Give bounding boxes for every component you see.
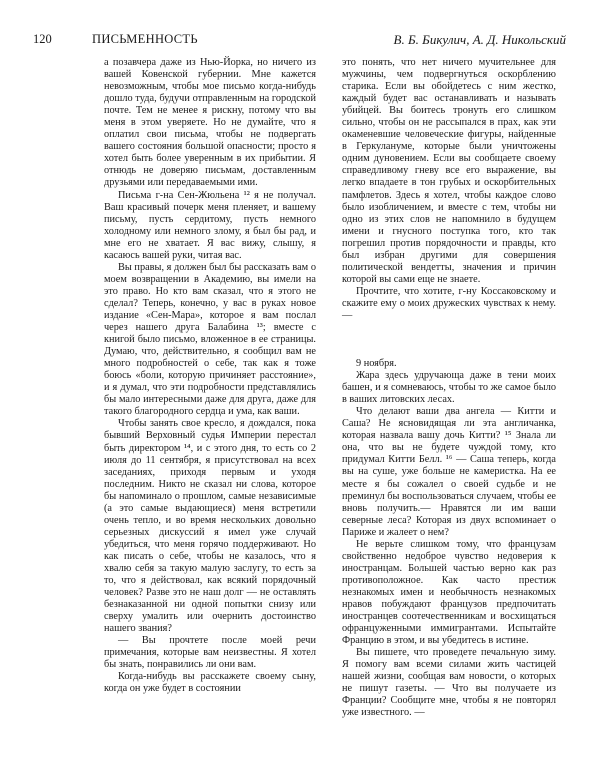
date-heading: 9 ноября.: [342, 358, 556, 370]
right-column: это понять, что нет ничего мучительнее д…: [342, 57, 556, 719]
paragraph: Не верьте слишком тому, что французам св…: [342, 539, 556, 647]
running-header: 120 ПИСЬМЕННОСТЬ В. Б. Бикулич, А. Д. Ни…: [0, 24, 600, 44]
paragraph: Жара здесь удручающа даже в тени моих ба…: [342, 370, 556, 406]
paragraph: Чтобы занять свое кресло, я дождался, по…: [104, 418, 316, 635]
authors: В. Б. Бикулич, А. Д. Никольский: [394, 32, 566, 48]
paragraph: а позавчера даже из Нью-Йорка, но ничего…: [104, 57, 316, 190]
left-column: а позавчера даже из Нью-Йорка, но ничего…: [104, 57, 316, 695]
paragraph: Вы пишете, что проведете печальную зиму.…: [342, 647, 556, 719]
paragraph: Вы правы, я должен был бы рассказать вам…: [104, 262, 316, 419]
page-number: 120: [33, 32, 52, 47]
paragraph: Когда-нибудь вы расскажете своему сыну, …: [104, 671, 316, 695]
paragraph: Прочтите, что хотите, г-ну Коссаковскому…: [342, 286, 556, 322]
paragraph: Письма г-на Сен-Жюльена ¹² я не получал.…: [104, 190, 316, 262]
section-title: ПИСЬМЕННОСТЬ: [92, 32, 198, 47]
paragraph: — Вы прочтете после моей речи примечания…: [104, 635, 316, 671]
paragraph: Что делают ваши два ангела — Китти и Саш…: [342, 406, 556, 539]
paragraph: это понять, что нет ничего мучительнее д…: [342, 57, 556, 286]
